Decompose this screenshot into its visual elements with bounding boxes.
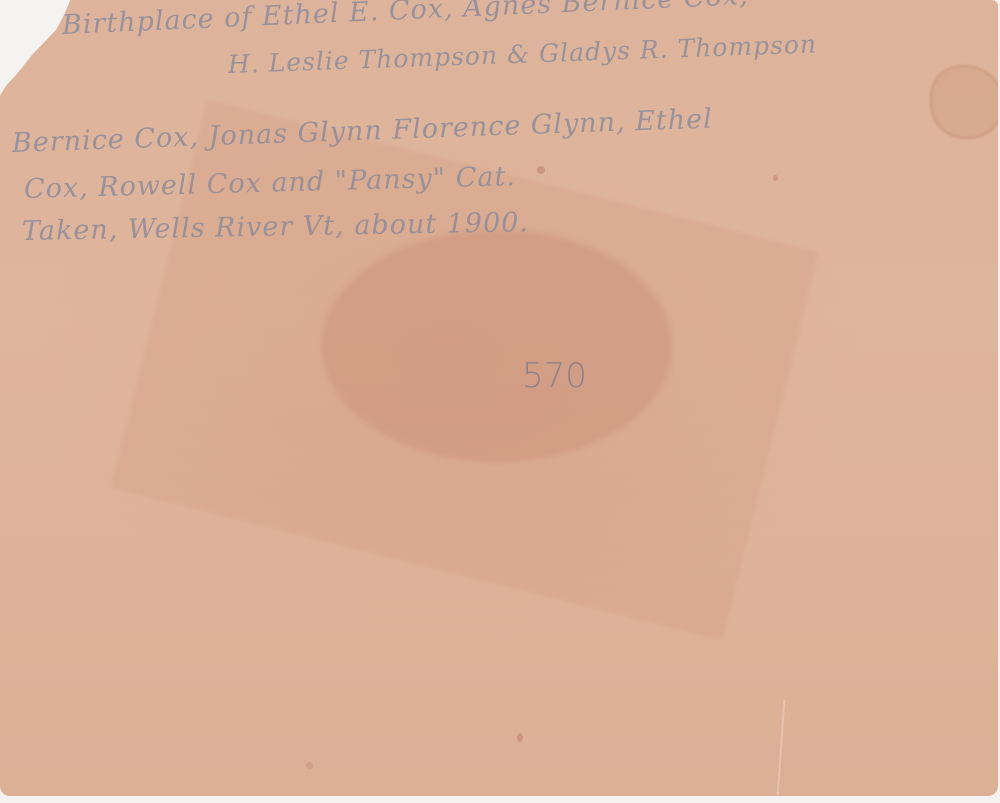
foxing-spot — [773, 175, 778, 181]
catalog-number: 570 — [522, 356, 587, 396]
paper-crease — [777, 700, 786, 795]
foxing-spot — [537, 166, 545, 174]
oval-portrait-ghost — [322, 230, 672, 462]
foxing-spot — [517, 733, 523, 742]
photo-card-back: Birthplace of Ethel E. Cox, Agnes Bernic… — [0, 0, 998, 796]
foxing-spot — [306, 762, 313, 769]
inscription-line-2: H. Leslie Thompson & Gladys R. Thompson — [227, 29, 817, 79]
water-stain — [930, 65, 1000, 139]
